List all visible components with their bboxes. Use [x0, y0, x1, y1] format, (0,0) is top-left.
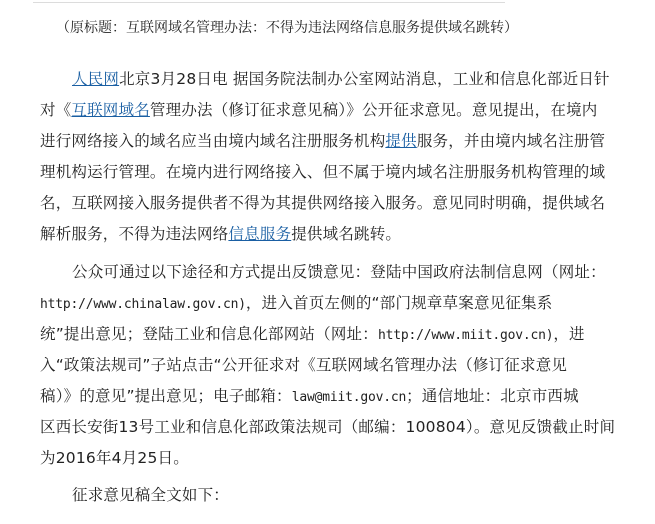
text: 进行网络接入的域名应当由境内域名注册服务机构 [40, 132, 385, 150]
paragraph-feedback: 公众可通过以下途径和方式提出反馈意见：登陆中国政府法制信息网（网址： http:… [40, 257, 640, 474]
text-line: 区西长安街13号工业和信息化部政策法规司（邮编：100804）。意见反馈截止时间 [40, 412, 640, 443]
text-line: 征求意见稿全文如下： [40, 480, 640, 511]
original-title: （原标题：互联网域名管理办法：不得为违法网络信息服务提供域名跳转） [56, 18, 518, 38]
text: 统”提出意见；登陆工业和信息化部网站（网址： [40, 325, 378, 343]
text-line: 理机构运行管理。在境内进行网络接入、但不属于境内域名注册服务机构管理的域 [40, 157, 640, 188]
text-line: 解析服务，不得为违法网络信息服务提供域名跳转。 [40, 219, 640, 250]
paragraph-fulltext-intro: 征求意见稿全文如下： [40, 480, 640, 511]
url-miit: http://www.miit.gov.cn) [378, 328, 553, 343]
text-line: 人民网北京3月28日电 据国务院法制办公室网站消息，工业和信息化部近日针 [40, 64, 640, 95]
text: 稿）》的意见”提出意见；电子邮箱： [40, 387, 292, 405]
link-people-daily[interactable]: 人民网 [72, 70, 119, 88]
text-line: 对《互联网域名管理办法（修订征求意见稿）》公开征求意见。意见提出，在境内 [40, 95, 640, 126]
text: 服务，并由境内域名注册管 [417, 132, 605, 150]
text-line: 名，互联网接入服务提供者不得为其提供网络接入服务。意见同时明确，提供域名 [40, 188, 640, 219]
text-line: 为2016年4月25日。 [40, 443, 640, 474]
text: ；通信地址：北京市西城 [406, 387, 579, 405]
text: 解析服务，不得为违法网络 [40, 225, 228, 243]
link-internet-domain[interactable]: 互联网域名 [71, 101, 150, 119]
text-line: 入“政策法规司”子站点击“公开征求对《互联网域名管理办法（修订征求意见 [40, 350, 640, 381]
text: 北京3月28日电 据国务院法制办公室网站消息，工业和信息化部近日针 [119, 70, 610, 88]
link-provide[interactable]: 提供 [385, 132, 416, 150]
text: 管理办法（修订征求意见稿）》公开征求意见。意见提出，在境内 [150, 101, 598, 119]
text: ，进入首页左侧的“部门规章草案意见征集系 [246, 294, 553, 312]
top-divider [33, 2, 505, 3]
text-line: 公众可通过以下途径和方式提出反馈意见：登陆中国政府法制信息网（网址： [40, 257, 640, 288]
text-line: http://www.chinalaw.gov.cn)，进入首页左侧的“部门规章… [40, 288, 640, 319]
email-address: law@miit.gov.cn [292, 390, 406, 405]
url-chinalaw: http://www.chinalaw.gov.cn) [40, 297, 246, 312]
text-line: 统”提出意见；登陆工业和信息化部网站（网址：http://www.miit.go… [40, 319, 640, 350]
text-line: 进行网络接入的域名应当由境内域名注册服务机构提供服务，并由境内域名注册管 [40, 126, 640, 157]
text-line: 稿）》的意见”提出意见；电子邮箱：law@miit.gov.cn；通信地址：北京… [40, 381, 640, 412]
text: 提供域名跳转。 [291, 225, 401, 243]
paragraph-intro: 人民网北京3月28日电 据国务院法制办公室网站消息，工业和信息化部近日针 对《互… [40, 64, 640, 250]
text: ，进 [553, 325, 584, 343]
text: 对《 [40, 101, 71, 119]
link-information-service[interactable]: 信息服务 [228, 225, 291, 243]
